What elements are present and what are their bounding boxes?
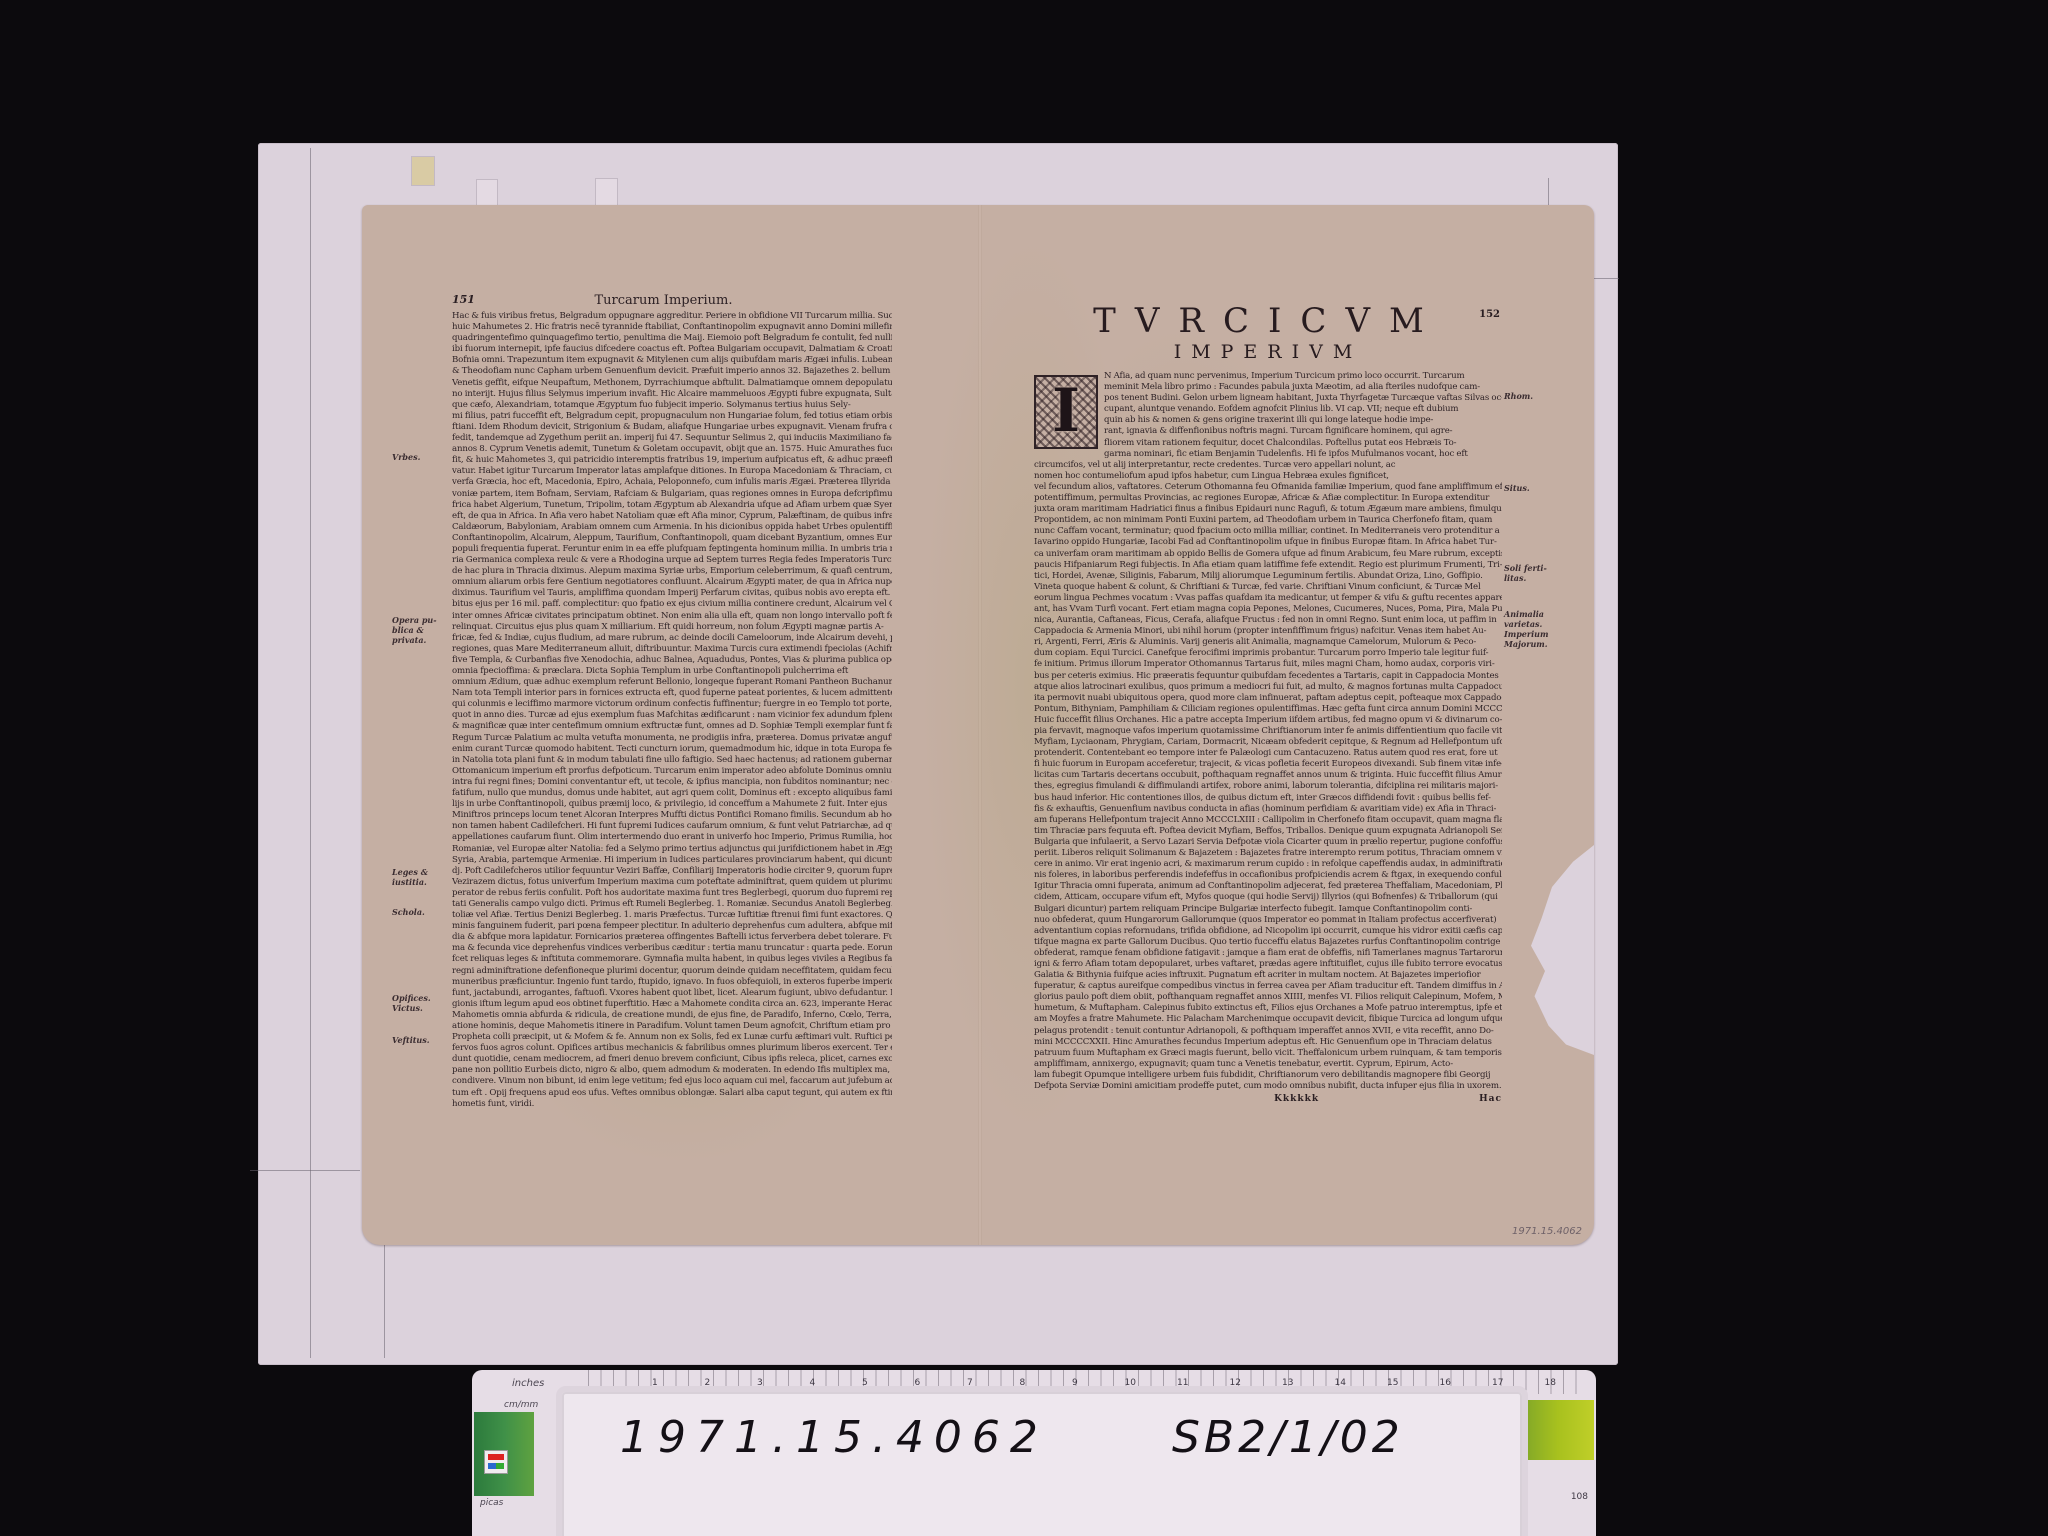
margin-note: Animalia varietas. Imperium Majorum. <box>1504 609 1562 649</box>
text-line: juxta oram maritimam Hadriatici finus a … <box>1034 504 1502 515</box>
text-line: que cæfo, Alexandriam, totamque Ægyptum … <box>452 400 892 411</box>
text-line: atque alios latrocinari exulibus, quos p… <box>1034 682 1502 693</box>
text-line: rant, ignavia & diffenfionibus noftris m… <box>1104 426 1502 437</box>
text-line: igni & ferro Afiam totam depopularet, ur… <box>1034 959 1502 970</box>
ruler-inch-tick: 5 <box>862 1378 868 1388</box>
text-line: Vezirazem dictus, fotus univerfum Imperi… <box>452 877 892 888</box>
text-line: dunt quotidie, cenam mediocrem, ad fmeri… <box>452 1054 892 1065</box>
ruler-inch-tick: 16 <box>1440 1378 1451 1388</box>
text-line: fit, & huic Mahometes 3, qui patricidio … <box>452 455 892 466</box>
text-line: protenderit. Contentebant eo tempore int… <box>1034 748 1502 759</box>
text-line: am fuperans Hellefpontum trajecit Anno M… <box>1034 815 1502 826</box>
text-line: regni adminiftratione defenfioneque plur… <box>452 966 892 977</box>
text-line: vatur. Habet igitur Turcarum Imperator l… <box>452 466 892 477</box>
decorated-initial: I <box>1034 375 1098 449</box>
text-line: pia fervavit, magnoque vafos imperium qu… <box>1034 726 1502 737</box>
ruler-tick-marks <box>588 1370 1588 1394</box>
text-line: fervos fuos agros colunt. Opifices artib… <box>452 1043 892 1054</box>
catchword-line: Kkkkkk Hac <box>1034 1094 1502 1104</box>
text-line: ant, has Vvam Turfi vocant. Fert etiam m… <box>1034 604 1502 615</box>
text-line: glorius paulo poft diem obiit, pofthanqu… <box>1034 992 1502 1003</box>
ruler-inch-tick: 8 <box>1020 1378 1026 1388</box>
text-line: nis foleres, in laboribus perferendis in… <box>1034 870 1502 881</box>
margin-note: Schola. <box>392 907 450 917</box>
text-line: & magnificæ quæ inter centefimum omnium … <box>452 721 892 732</box>
text-line: Iavarino oppido Hungariæ, Iacobi Fad ad … <box>1034 537 1502 548</box>
pencil-guide-line <box>250 1170 360 1171</box>
text-line: Pontum, Bithyniam, Pamphiliam & Ciliciam… <box>1034 704 1502 715</box>
ruler-label-picas: picas <box>480 1498 503 1508</box>
text-line: Bulgaria que infulaerit, a Servo Lazari … <box>1034 837 1502 848</box>
text-line: cere in animo. Vir erat ingenio acri, & … <box>1034 859 1502 870</box>
ruler-inch-tick: 18 <box>1545 1378 1556 1388</box>
text-line: tim Thraciæ pars fequuta eft. Poftea dev… <box>1034 826 1502 837</box>
text-line: Cappadocia & Armenia Minori, ubi nihil h… <box>1034 626 1502 637</box>
text-line: ibi fuorum internepit, ipfe faucius difc… <box>452 344 892 355</box>
text-line: tati Generalis campo vulgo dicti. Primus… <box>452 899 892 910</box>
margin-note: Opifices. Victus. <box>392 993 450 1013</box>
text-line: fcet reliquas leges & inftituta commemor… <box>452 954 892 965</box>
text-line: am Moyfes a fratre Mahumete. Hic Palacha… <box>1034 1014 1502 1025</box>
ruler-inch-tick: 3 <box>757 1378 763 1388</box>
text-line: ri, Argenti, Ferri, Æris & Aluminis. Var… <box>1034 637 1502 648</box>
ruler-inch-tick: 2 <box>705 1378 711 1388</box>
text-line: nomen hoc contumeliofum apud ipfos habet… <box>1034 471 1502 482</box>
text-line: Propontidem, ac non minimam Ponti Euxini… <box>1034 515 1502 526</box>
text-line: minis fanguinem fuderit, pari pœna fempe… <box>452 921 892 932</box>
text-line: Regum Turcæ Palatium ac multa vetufta mo… <box>452 733 892 744</box>
left-page-header: 151 Turcarum Imperium. <box>452 293 892 308</box>
text-line: gionis iftum legum apud eos obtinet fupe… <box>452 999 892 1010</box>
margin-note: Rhom. <box>1504 391 1562 401</box>
left-folio-number: 151 <box>452 293 475 308</box>
text-line: appellationes caufarum fiunt. Olim inter… <box>452 832 892 843</box>
date-initials: SB2/1/02 <box>1172 1412 1404 1463</box>
text-line: pelagus protendit : tenuit contuntur Adr… <box>1034 1026 1502 1037</box>
text-line: tici, Hordei, Avenæ, Siliginis, Fabarum,… <box>1034 571 1502 582</box>
ruler-inch-tick: 13 <box>1282 1378 1293 1388</box>
yellow-green-color-swatch <box>1522 1400 1594 1460</box>
text-line: Igitur Thracia omni fuperata, animum ad … <box>1034 881 1502 892</box>
text-line: lijs in urbe Conftantinopoli, quibus præ… <box>452 799 892 810</box>
text-line: Conftantinopolim, Alcairum, Aleppum, Tau… <box>452 533 892 544</box>
text-line: dia & abfque mora lapidatur. Fornicarios… <box>452 932 892 943</box>
text-line: inter omnes Africæ civitates principatum… <box>452 611 892 622</box>
text-line: omnium aliarum orbis fere Gentium negoti… <box>452 577 892 588</box>
signature-mark: Kkkkkk <box>1274 1094 1319 1104</box>
text-line: meminit Mela libro primo : Facundes pabu… <box>1104 382 1502 393</box>
ruler-inch-tick: 11 <box>1177 1378 1188 1388</box>
text-line: five Templa, & Curbanfias five Xenodochi… <box>452 655 892 666</box>
right-page: TVRCICVM IMPERIVM I N Afia, ad quam nunc… <box>1034 293 1502 1104</box>
text-line: cupant, aluntque venando. Eofdem agnofci… <box>1104 404 1502 415</box>
text-line: adventantium copias refornudans, trifida… <box>1034 926 1502 937</box>
text-line: ampliffimam, annixergo, expugnavit; quam… <box>1034 1059 1502 1070</box>
text-line: Bofnia omni. Trapezuntum item expugnavit… <box>452 355 892 366</box>
text-line: fe initium. Primus illorum Imperator Oth… <box>1034 659 1502 670</box>
right-page-body-text: I N Afia, ad quam nunc pervenimus, Imper… <box>1034 371 1502 1092</box>
color-chip-icon <box>484 1450 508 1474</box>
accession-number: 1971.15.4062 <box>620 1412 1048 1463</box>
text-line: circumcifos, vel ut alij interpretantur,… <box>1034 460 1502 471</box>
margin-note: Situs. <box>1504 483 1562 493</box>
text-line: fi huic fuorum in Europam acceferetur, t… <box>1034 759 1502 770</box>
text-line: fricæ, fed & Indiæ, cujus fludium, ad ma… <box>452 633 892 644</box>
text-line: mini MCCCCXXII. Hinc Amurathes fecundus … <box>1034 1037 1502 1048</box>
text-line: tifque magna ex parte Gallorum Ducibus. … <box>1034 937 1502 948</box>
page-subtitle: IMPERIVM <box>1034 339 1502 365</box>
text-line: hometis funt, viridi. <box>452 1099 892 1110</box>
text-line: Romaniæ, vel Europæ alter Natolia: fed a… <box>452 844 892 855</box>
text-line: pane non pollitio Eurbeis dicto, nigro &… <box>452 1065 892 1076</box>
margin-note: Leges & iustitia. <box>392 867 450 887</box>
text-line: & Theodofiam nunc Capham urbem Genuenfiu… <box>452 366 892 377</box>
text-line: patruum fuum Muftapham ex Græci magis fu… <box>1034 1048 1502 1059</box>
text-line: diximus. Taurifium vel Tauris, ampliffim… <box>452 588 892 599</box>
text-line: fis & exhauftis, Genuenfium navibus cond… <box>1034 804 1502 815</box>
text-line: condivere. Vinum non bibunt, id enim leg… <box>452 1076 892 1087</box>
text-line: Defpota Serviæ Domini amicitiam prodeffe… <box>1034 1081 1502 1092</box>
text-line: populi frequentia fuperat. Feruntur enim… <box>452 544 892 555</box>
margin-note: Vrbes. <box>392 452 450 462</box>
text-line: mi filius, patri fucceffit eft, Belgradu… <box>452 411 892 422</box>
ruler-inch-tick: 9 <box>1072 1378 1078 1388</box>
text-line: obfederat, ramque fenam obfidione fatiga… <box>1034 948 1502 959</box>
text-line: nuo obfederat, quum Hungarorum Gallorumq… <box>1034 915 1502 926</box>
text-line: funt, jactabundi, arrogantes, faftuofi. … <box>452 988 892 999</box>
text-line: Ottomanicum imperium eft prorfus defpoti… <box>452 766 892 777</box>
text-line: Myfiam, Lyciaonam, Phrygiam, Cariam, Dor… <box>1034 737 1502 748</box>
text-line: eorum lingua Pechmes vocatum : Vvas paff… <box>1034 593 1502 604</box>
text-line: nica, Aurantia, Caftaneas, Ficus, Cerafa… <box>1034 615 1502 626</box>
text-line: quin ab his & nomen & gens origine traxe… <box>1104 415 1502 426</box>
text-line: ca univerfam oram maritimam ab oppido Be… <box>1034 549 1502 560</box>
text-line: Vineta quoque habent & colunt, & Chrifti… <box>1034 582 1502 593</box>
text-line: enim curant Turcæ quomodo habitent. Tect… <box>452 744 892 755</box>
text-line: Hac & fuis viribus fretus, Belgradum opp… <box>452 311 892 322</box>
ruler-inch-tick: 7 <box>967 1378 973 1388</box>
text-line: fuperatur, & captus aureifque compedibus… <box>1034 981 1502 992</box>
yellow-tape-hinge <box>412 157 434 185</box>
margin-note: Opera pu-blica & privata. <box>392 615 450 645</box>
text-line: perator de rebus feriis confulit. Poft h… <box>452 888 892 899</box>
text-line: nunc Caffam vocant, terminatur; quod fpa… <box>1034 526 1502 537</box>
text-line: voniæ partem, item Bofnam, Serviam, Rafc… <box>452 489 892 500</box>
text-line: garma nominari, fic etiam Benjamin Tudel… <box>1104 449 1502 460</box>
left-page: 151 Turcarum Imperium. Hac & fuis viribu… <box>452 293 892 1110</box>
text-line: Huic fucceffit filius Orchanes. Hic a pa… <box>1034 715 1502 726</box>
text-line: periit. Liberos reliquit Solimanum & Baj… <box>1034 848 1502 859</box>
left-page-body-text: Hac & fuis viribus fretus, Belgradum opp… <box>452 311 892 1110</box>
text-line: relinquat. Circuitus ejus plus quam X mi… <box>452 622 892 633</box>
ruler-inch-tick: 17 <box>1492 1378 1503 1388</box>
text-line: muneribus præficiuntur. Ingenio funt tar… <box>452 977 892 988</box>
text-line: thes, egregius fimulandi & diffimulandi … <box>1034 781 1502 792</box>
ruler-inch-tick: 15 <box>1387 1378 1398 1388</box>
text-line: humetum, & Muftapham. Calepinus fubito e… <box>1034 1003 1502 1014</box>
text-line: Galatia & Bithynia fuifque acies inftrux… <box>1034 970 1502 981</box>
text-line: quadringentefimo quinquagefimo tertio, p… <box>452 333 892 344</box>
text-line: ma & fecunda vice deprehenfus vindices v… <box>452 943 892 954</box>
text-line: de hac plura in Thracia diximus. Alepum … <box>452 566 892 577</box>
text-line: Miniftros princeps locum tenet Alcoran I… <box>452 810 892 821</box>
margin-note: Veftitus. <box>392 1035 450 1045</box>
text-line: omnium Ædium, quæ adhuc exemplum referun… <box>452 677 892 688</box>
ruler-label-cm: cm/mm <box>504 1400 538 1410</box>
text-line: huic Mahumetes 2. Hic fratris necē tyran… <box>452 322 892 333</box>
text-line: Venetis geffit, eifque Neupaftum, Methon… <box>452 378 892 389</box>
ruler-inch-tick: 10 <box>1125 1378 1136 1388</box>
text-line: no interijt. Hujus filius Selymus imperi… <box>452 389 892 400</box>
text-line: in Natolia tota plani funt & in modum ta… <box>452 755 892 766</box>
text-line: ftiani. Idem Rhodum devicit, Strigonium … <box>452 422 892 433</box>
text-line: Propheta colli præcipit, ut & Mofem & fe… <box>452 1032 892 1043</box>
ruler-inch-tick: 4 <box>810 1378 816 1388</box>
text-line: dum copiam. Equi Turcici. Canefque feroc… <box>1034 648 1502 659</box>
text-line: Nam tota Templi interior pars in fornice… <box>452 688 892 699</box>
pencil-guide-line <box>384 1240 385 1358</box>
text-line: pos tenent Budini. Gelon urbem ligneam h… <box>1104 393 1502 404</box>
text-line: licitas cum Tartaris decertans occubuit,… <box>1034 770 1502 781</box>
text-line: eft, de qua in Africa. In Afia vero habe… <box>452 511 892 522</box>
atlas-sheet-verso: 151 Turcarum Imperium. Hac & fuis viribu… <box>362 205 1594 1245</box>
torn-edge <box>1524 845 1594 1055</box>
text-line: potentiffimum, permultas Provincias, ac … <box>1034 493 1502 504</box>
ruler-inch-tick: 12 <box>1230 1378 1241 1388</box>
text-line: atione hominis, deque Mahometis itinere … <box>452 1021 892 1032</box>
text-line: tum eft . Opij frequens apud eos ufus. V… <box>452 1088 892 1099</box>
text-line: bitus ejus per 16 mil. paff. complectitu… <box>452 599 892 610</box>
text-line: frica habet Algerium, Tunetum, Tripolim,… <box>452 500 892 511</box>
ruler-inch-tick: 6 <box>915 1378 921 1388</box>
text-line: quot in anno dies. Turcæ ad ejus exemplu… <box>452 710 892 721</box>
ruler-inch-tick: 1 <box>652 1378 658 1388</box>
text-line: Bulgari dicuntur) partem reliquam Princi… <box>1034 904 1502 915</box>
margin-note: Soli ferti-litas. <box>1504 563 1562 583</box>
text-line: toliæ vel Afiæ. Tertius Denizi Beglerbeg… <box>452 910 892 921</box>
text-line: ita permovit nuabi ubiquitous opera, quo… <box>1034 693 1502 704</box>
page-title: TVRCICVM <box>1034 301 1502 341</box>
text-line: lam fubegit Opumque intelligere urbem fu… <box>1034 1070 1502 1081</box>
text-line: Mahometis omnia abfurda & ridicula, de c… <box>452 1010 892 1021</box>
text-line: intra fui regni fines; Domini conventant… <box>452 777 892 788</box>
text-line: dj. Poft Cadilefcheros utilior fequuntur… <box>452 866 892 877</box>
ruler-picas-tick: 108 <box>1571 1492 1588 1502</box>
text-line: bus haud inferior. Hic contentiones illo… <box>1034 793 1502 804</box>
text-line: ria Germanica complexa reulc & vere a Rh… <box>452 555 892 566</box>
text-line: N Afia, ad quam nunc pervenimus, Imperiu… <box>1104 371 1502 382</box>
text-line: omnia fpecioffima: & præclara. Dicta Sop… <box>452 666 892 677</box>
text-line: fatifum, nullo que mundus, domus unde ha… <box>452 788 892 799</box>
accession-label-card: 1971.15.4062 SB2/1/02 <box>562 1392 1522 1536</box>
running-head: Turcarum Imperium. <box>594 293 732 308</box>
text-line: qui colunmis e leciffimo marmore victoru… <box>452 699 892 710</box>
text-line: fedit, tandemque ad Zygethum periit an. … <box>452 433 892 444</box>
text-line: Syria, Arabia, partemque Armeniæ. Hi imp… <box>452 855 892 866</box>
text-line: fliorem vitam rationem fequitur, docet C… <box>1104 438 1502 449</box>
text-line: verfa Græcia, hoc eft, Macedonia, Epiro,… <box>452 477 892 488</box>
text-line: vel fecundum alios, vaftatores. Ceterum … <box>1034 482 1502 493</box>
text-line: non tamen habent Cadilefcheri. Hi funt f… <box>452 821 892 832</box>
text-line: regiones, quas Mare Mediterraneum alluit… <box>452 644 892 655</box>
ruler-label-inches: inches <box>512 1378 544 1389</box>
catchword: Hac <box>1479 1094 1502 1104</box>
pencil-guide-line <box>310 148 311 1358</box>
text-line: paucis Hifpaniarum Regi fubjectis. In Af… <box>1034 560 1502 571</box>
text-line: Caldæorum, Babyloniam, Arabiam omnem cum… <box>452 522 892 533</box>
text-line: cidem, Atticam, occupare vifum eft, Myfo… <box>1034 892 1502 903</box>
ruler-inch-tick: 14 <box>1335 1378 1346 1388</box>
pencil-inscription: 1971.15.4062 <box>1512 1226 1582 1237</box>
text-line: bus per ceteris eximius. Hic præeratis f… <box>1034 671 1502 682</box>
text-line: annos 8. Cyprum Venetis ademit, Tunetum … <box>452 444 892 455</box>
